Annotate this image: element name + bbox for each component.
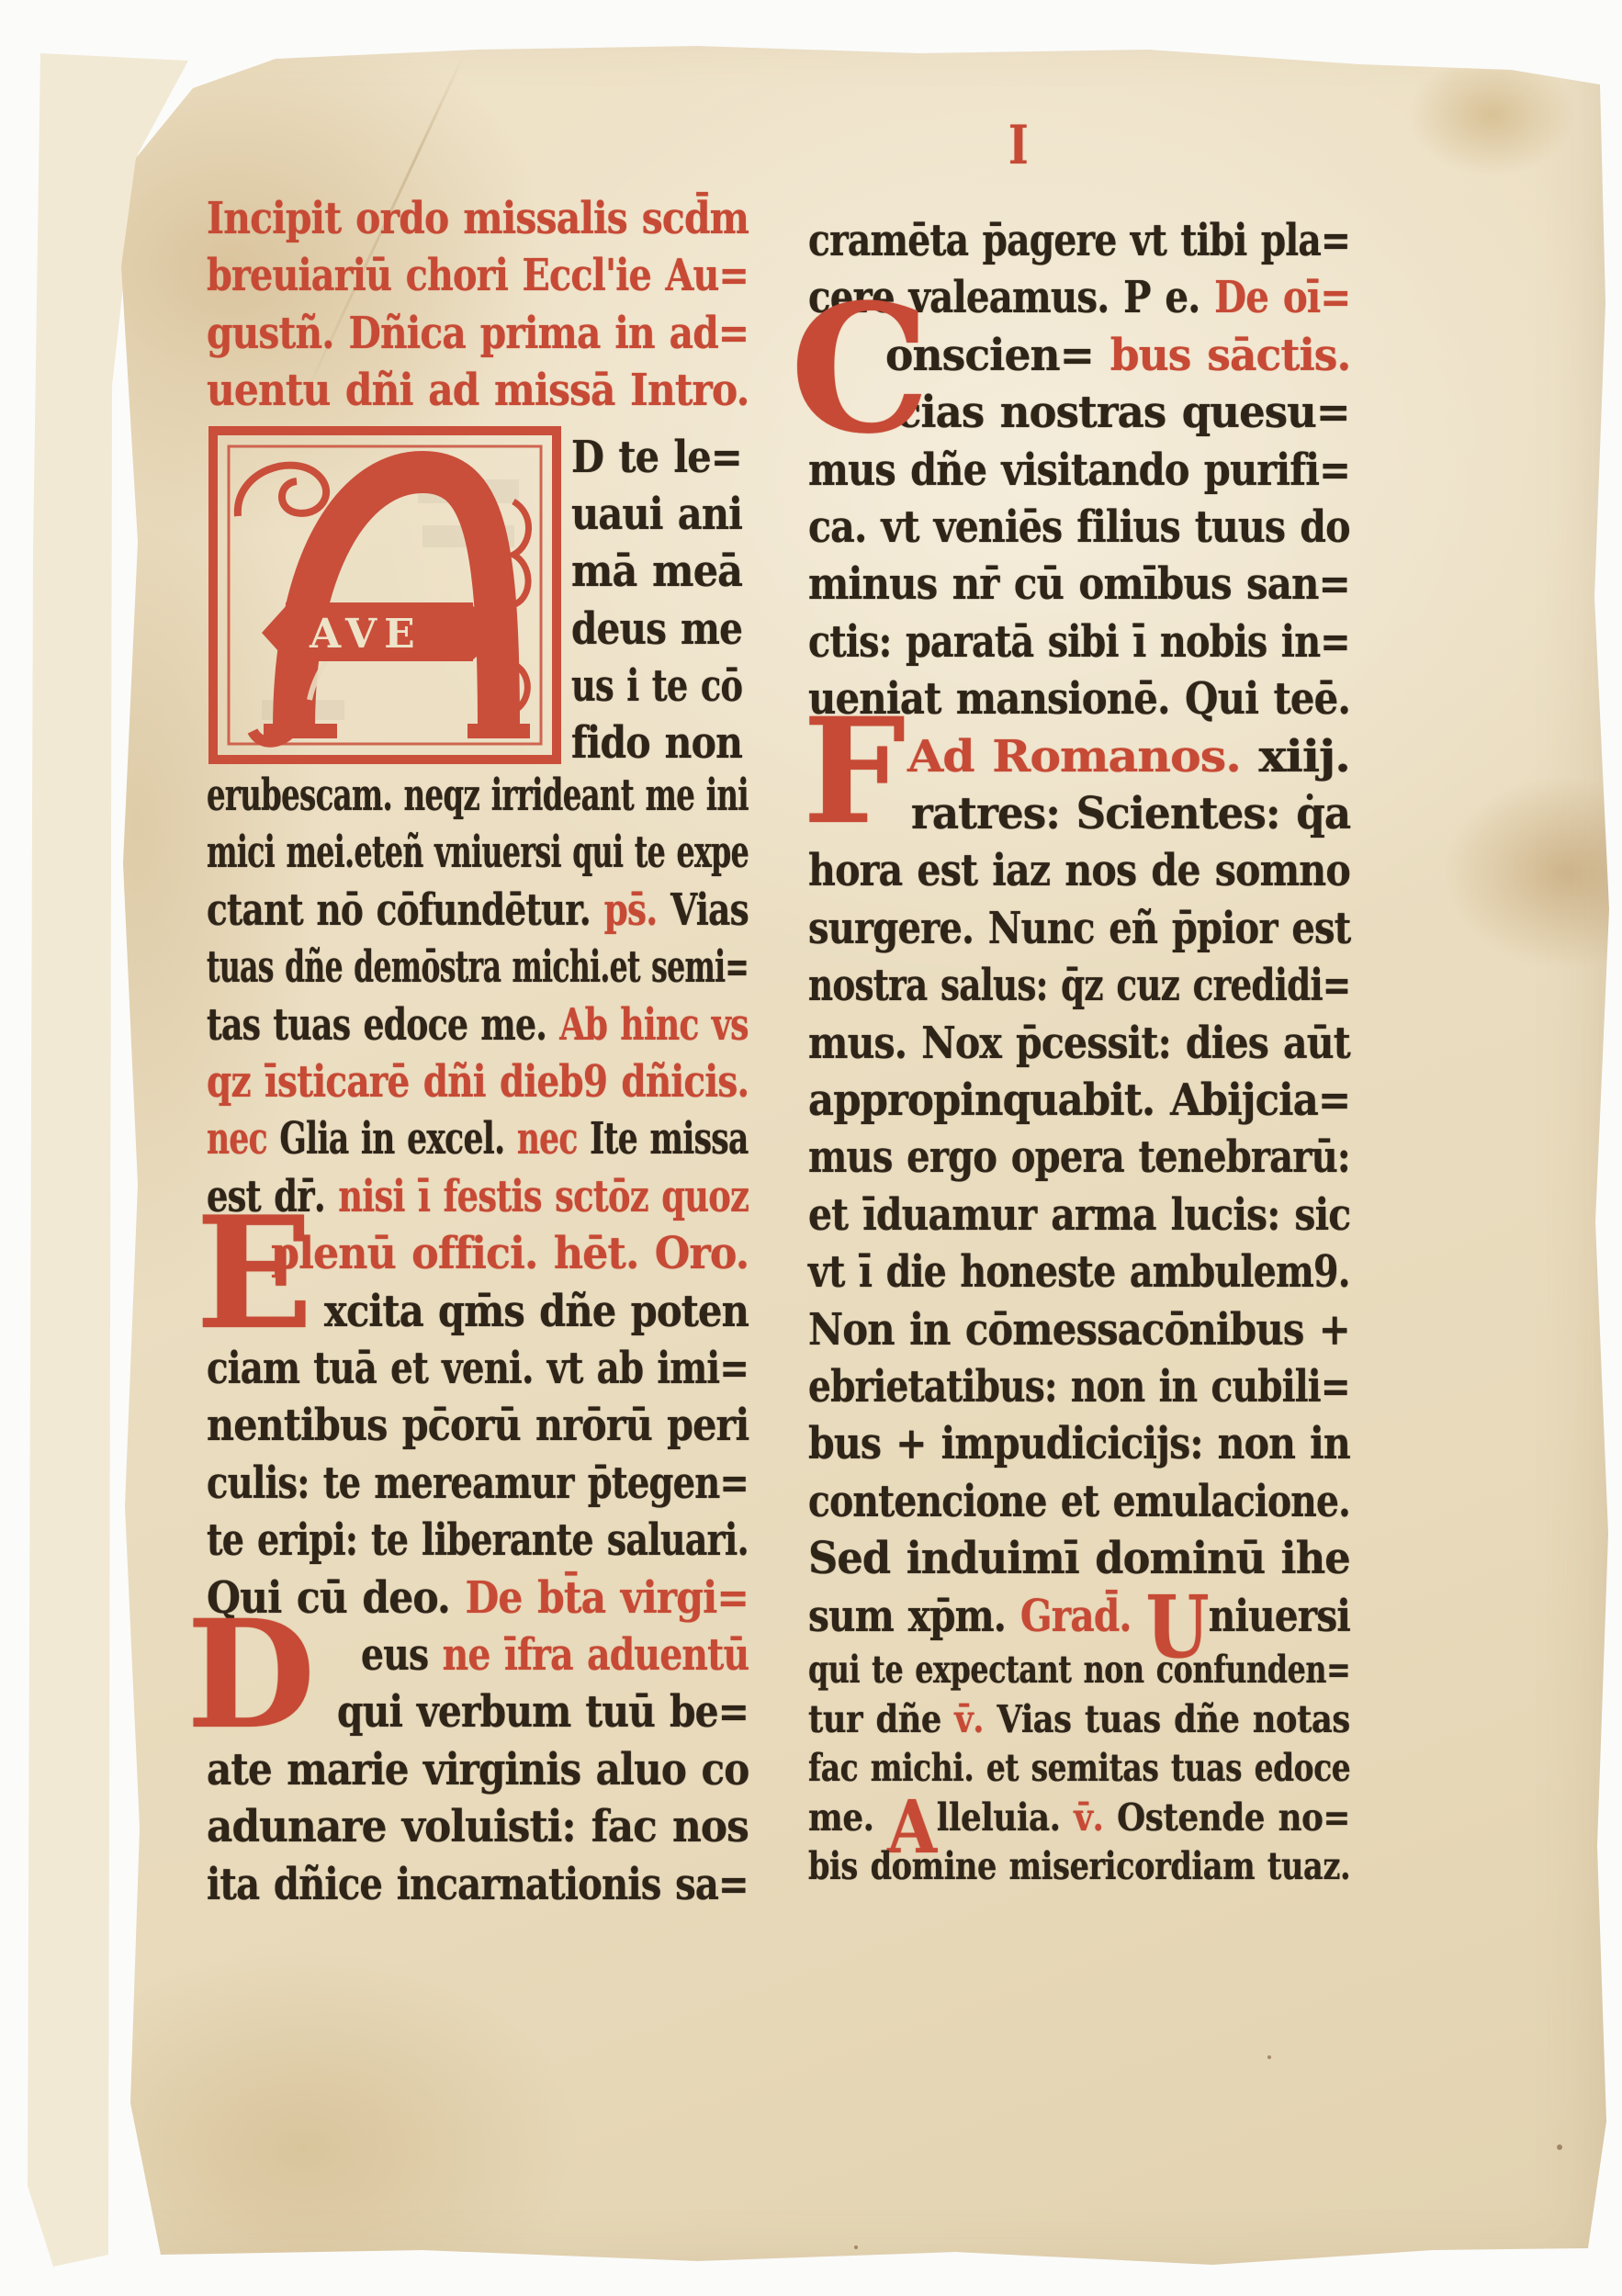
text-segment: ctis: paratā sibi ī nobis in= [808, 616, 1350, 668]
text-segment: Vias tuas dñe notas [997, 1697, 1350, 1741]
ave-banner-text: AVE [309, 611, 422, 658]
text-line: nentibus pc̄orū nrōrū peri [207, 1398, 749, 1455]
text-line: uaui ani [571, 487, 742, 544]
text-segment: mici mei.eteñ vniuersi qui te expe [207, 827, 749, 878]
text-segment: nec [517, 1113, 590, 1165]
text-segment: tas tuas edoce me. [207, 999, 559, 1051]
text-line: tur dñe v̄. Vias tuas dñe notas [808, 1695, 1350, 1745]
text-line: mici mei.eteñ vniuersi qui te expe [207, 825, 749, 882]
text-line: ratres: Scientes: q̇a [911, 786, 1350, 843]
text-line: cias nostras quesu= [896, 385, 1350, 442]
text-segment: bus sāctis. [1110, 330, 1351, 381]
text-segment: qui te expectant non confunden= [808, 1648, 1350, 1692]
rubric-heading-line: gustñ. Dñica prima in ad= [207, 306, 749, 363]
text-line: Non in cōmessacōnibus + [808, 1302, 1350, 1359]
rubric-heading-line: uentu dñi ad missā Intro. [207, 363, 749, 420]
text-segment: mus ergo opera tenebrarū: [808, 1131, 1350, 1183]
text-line: sum xp̄m. Grad̄. Uniuersi [808, 1589, 1350, 1646]
drop-initial-D: D [186, 1615, 315, 1737]
text-segment: breuiariū chori Eccl'ie Au= [207, 250, 749, 301]
text-line: xcita qm̄s dñe poten [324, 1284, 749, 1341]
text-line: onscien= bus sāctis. [885, 328, 1350, 385]
text-segment: ctant nō cōfundētur. [207, 884, 604, 936]
text-segment: nostra salus: q̄z cuz credidi= [808, 960, 1350, 1011]
text-segment: Sed induimī dominū ihe [808, 1533, 1350, 1584]
text-segment: culis: te mereamur p̄tegen= [207, 1458, 749, 1509]
text-line: eus ne īfra aduentū [361, 1627, 749, 1684]
text-segment: tur dñe [808, 1697, 954, 1741]
text-segment: Non in cōmessacōnibus + [808, 1304, 1350, 1356]
text-line: culis: te mereamur p̄tegen= [207, 1456, 749, 1513]
drop-initial-C: C [790, 298, 930, 442]
text-segment: contencione et emulacione. [808, 1476, 1350, 1527]
text-line: mus ergo opera tenebrarū: [808, 1130, 1350, 1187]
text-segment: Incipit ordo missalis scd̄m [207, 193, 749, 244]
text-line: surgere. Nunc eñ p̄pior est [808, 901, 1350, 958]
text-line: plenū offici. hēt. Oro. [271, 1226, 749, 1283]
text-segment: fido non [571, 717, 742, 769]
text-segment: nisi ī festis sctōz quoz [338, 1171, 749, 1222]
text-segment: ita dñice incarnationis sa= [207, 1859, 749, 1910]
text-segment: ca. vt veniēs filius tuus do [808, 501, 1350, 553]
inline-lombardic-initial: A [887, 1827, 937, 1828]
text-segment: et īduamur arma lucis: sic [808, 1189, 1350, 1241]
text-segment: mā meā [571, 546, 742, 597]
rubric-heading-line: breuiariū chori Eccl'ie Au= [207, 248, 749, 305]
text-line: ca. vt veniēs filius tuus do [808, 500, 1350, 557]
text-segment: ebrietatibus: non in cubili= [808, 1361, 1350, 1412]
rubric-heading-line: Incipit ordo missalis scd̄m [207, 191, 749, 248]
text-line: contencione et emulacione. [808, 1474, 1350, 1531]
text-segment: De oī= [1214, 272, 1350, 323]
text-segment: sum xp̄m. [808, 1591, 1020, 1642]
text-segment: v̄. [954, 1697, 997, 1741]
text-line: tas tuas edoce me. Ab hinc vs [207, 997, 749, 1054]
text-line: D te le= [571, 430, 742, 487]
text-segment: tuas dñe demōstra michi.et semi= [207, 941, 749, 993]
ink-speck [854, 2245, 858, 2249]
text-line: mus. Nox p̄cessit: dies aūt [808, 1016, 1350, 1073]
ink-speck [1557, 2144, 1562, 2150]
text-segment: De bt̄a virgi= [465, 1572, 749, 1624]
text-segment: ps̄. [604, 884, 670, 936]
text-segment: me. [808, 1795, 887, 1840]
text-line: ctant nō cōfundētur. ps̄. Vias [207, 883, 749, 940]
text-segment: ratres: Scientes: q̇a [911, 788, 1350, 839]
text-segment: Ostende no= [1117, 1795, 1350, 1840]
text-segment: v̄. [1074, 1795, 1117, 1840]
text-segment: lleluia. [937, 1795, 1075, 1840]
text-line: adunare voluisti: fac nos [207, 1799, 749, 1856]
page-sheet: I [0, 0, 1622, 2296]
text-segment: gustñ. Dñica prima in ad= [207, 308, 749, 359]
ink-speck [1267, 2055, 1271, 2059]
text-line: me. Alleluia. v̄. Ostende no= [808, 1794, 1350, 1843]
text-segment: us i te cō [571, 660, 742, 712]
text-segment: cramēta p̄agere vt tibi pla= [808, 215, 1350, 266]
text-line: cramēta p̄agere vt tibi pla= [808, 213, 1350, 270]
text-segment: Ab hinc vs [559, 999, 749, 1051]
text-line: mā meā [571, 544, 742, 601]
text-line: qui te expectant non confunden= [808, 1646, 1350, 1695]
text-segment: appropinquabit. Abijcia= [808, 1075, 1350, 1126]
text-segment: niuersi [1209, 1591, 1350, 1642]
text-line: fido non [571, 715, 742, 772]
text-line: te eripi: te liberante saluari. [207, 1513, 749, 1570]
text-segment: eus [361, 1629, 443, 1681]
text-segment: qui verbum tuū be= [337, 1686, 749, 1738]
text-line: minus nr̄ cū omībus san= [808, 557, 1350, 613]
text-segment: ne īfra aduentū [443, 1629, 749, 1681]
text-line: deus me [571, 602, 742, 658]
text-segment: uentu dñi ad missā Intro. [207, 365, 749, 416]
text-segment: uaui ani [571, 489, 742, 540]
text-line: bus + impudicicijs: non in [808, 1416, 1350, 1473]
text-segment: D te le= [571, 432, 742, 483]
text-line: ita dñice incarnationis sa= [207, 1857, 749, 1914]
text-line: ebrietatibus: non in cubili= [808, 1359, 1350, 1416]
text-segment: mus. Nox p̄cessit: dies aūt [808, 1018, 1350, 1069]
text-segment: bus + impudicicijs: non in [808, 1418, 1350, 1469]
text-segment: Vias [670, 884, 749, 936]
text-line: erubescam. neqz irrideant me ini [207, 768, 749, 825]
text-line: us i te cō [571, 658, 742, 715]
text-segment: Glia in excel. [279, 1113, 516, 1165]
text-segment: cias nostras quesu= [896, 387, 1350, 438]
photo-of-book-page: I [0, 0, 1622, 2296]
text-line: qz īsticarē dñi dieb9 dñicis. [207, 1054, 749, 1111]
text-segment: erubescam. neqz irrideant me ini [207, 770, 749, 821]
text-segment: Ite missa [590, 1113, 749, 1165]
text-line: Sed induimī dominū ihe [808, 1531, 1350, 1588]
text-line: nec Glia in excel. nec Ite missa [207, 1111, 749, 1168]
woodcut-initial-A: AVE [207, 424, 563, 766]
text-line: vt ī die honeste ambulem9. [808, 1244, 1350, 1301]
drop-initial-F: F [803, 713, 906, 832]
inline-lombardic-initial: U [1146, 1627, 1209, 1628]
folio-number: I [1008, 114, 1029, 176]
text-segment: bis domine misericordiam tuaz. [808, 1844, 1350, 1888]
text-segment: Ad Romanos. [907, 731, 1259, 782]
text-segment: nentibus pc̄orū nrōrū peri [207, 1400, 749, 1451]
text-segment: qz īsticarē dñi dieb9 dñicis. [207, 1056, 749, 1108]
text-segment: xcita qm̄s dñe poten [324, 1286, 749, 1337]
text-segment: te eripi: te liberante saluari. [207, 1514, 749, 1566]
text-line: et īduamur arma lucis: sic [808, 1187, 1350, 1244]
text-segment: adunare voluisti: fac nos [207, 1801, 749, 1852]
text-segment: deus me [571, 603, 742, 655]
text-segment: Grad̄. [1020, 1591, 1146, 1642]
ave-banner: AVE [262, 602, 504, 661]
corner-flourish [238, 466, 326, 516]
text-segment: surgere. Nunc eñ p̄pior est [808, 903, 1350, 954]
text-segment: nec [207, 1113, 279, 1165]
text-line: qui verbum tuū be= [337, 1684, 749, 1741]
text-line: ctis: paratā sibi ī nobis in= [808, 614, 1350, 671]
text-segment: vt ī die honeste ambulem9. [808, 1246, 1350, 1298]
drop-initial-E: E [196, 1210, 313, 1337]
text-segment: xiij. [1259, 731, 1350, 782]
text-line: tuas dñe demōstra michi.et semi= [207, 940, 749, 996]
text-line: nostra salus: q̄z cuz credidi= [808, 958, 1350, 1015]
text-segment: plenū offici. hēt. Oro. [271, 1228, 749, 1279]
text-line: bis domine misericordiam tuaz. [808, 1842, 1350, 1892]
text-line: appropinquabit. Abijcia= [808, 1073, 1350, 1130]
text-segment: minus nr̄ cū omībus san= [808, 558, 1350, 610]
text-line: Ad Romanos. xiij. [907, 729, 1350, 786]
